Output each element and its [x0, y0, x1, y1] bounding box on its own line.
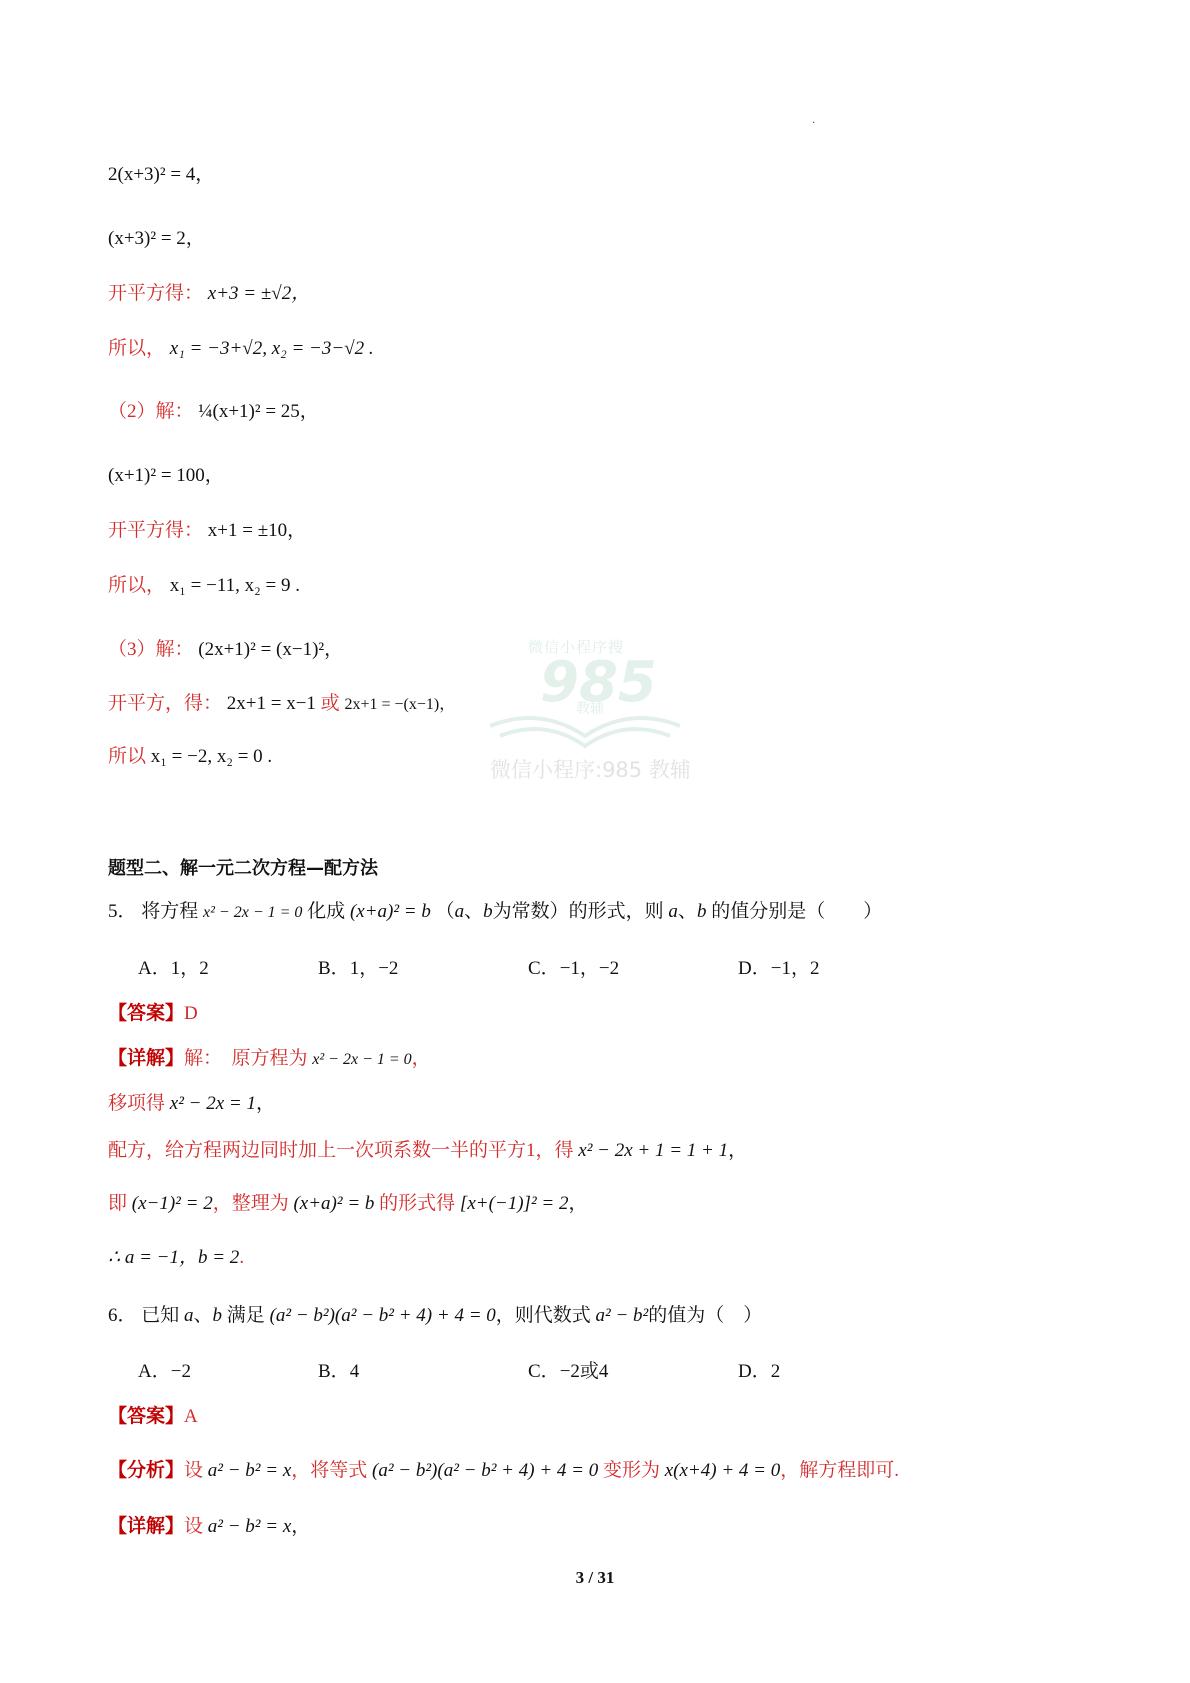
q5-answer: 【答案】D: [108, 1000, 198, 1028]
q6-analysis: 【分析】设 a² − b² = x，将等式 (a² − b²)(a² − b² …: [108, 1457, 899, 1485]
q6-detail: 【详解】设 a² − b² = x，: [108, 1513, 310, 1541]
part1-step4: 所以， x₁ = −3+√2, x₂ = −3−√2 .: [108, 335, 374, 363]
page-number: 3 / 31: [0, 1568, 1190, 1588]
part2-step4: 所以， x₁ = −11, x₂ = 9 .: [108, 572, 300, 600]
q5-detail-line3: 配方，给方程两边同时加上一次项系数一半的平方1，得 x² − 2x + 1 = …: [108, 1137, 747, 1165]
section-heading: 题型二、解一元二次方程—配方法: [108, 855, 378, 883]
q5-detail-line1: 【详解】解： 原方程为 x² − 2x − 1 = 0，: [108, 1045, 431, 1074]
q5-detail-line4: 即 (x−1)² = 2，整理为 (x+a)² = b 的形式得 [x+(−1)…: [108, 1190, 587, 1218]
q5-stem: 5． 将方程 x² − 2x − 1 = 0 化成 (x+a)² = b （a、…: [108, 898, 882, 927]
watermark-line3: 微信小程序:985 教辅: [490, 754, 691, 784]
part2-step3: 开平方得： x+1 = ±10，: [108, 517, 306, 545]
part1-step1: 2(x+3)² = 4，: [108, 161, 214, 189]
part1-step3: 开平方得： x+3 = ±√2，: [108, 280, 310, 308]
q5-detail-line2: 移项得 x² − 2x = 1，: [108, 1090, 275, 1118]
q6-option-c[interactable]: C．−2或4: [528, 1356, 608, 1383]
q5-option-b[interactable]: B．1，−2: [318, 953, 398, 980]
part2-step2: (x+1)² = 100，: [108, 462, 224, 490]
q6-stem: 6． 已知 a、b 满足 (a² − b²)(a² − b² + 4) + 4 …: [108, 1302, 762, 1330]
watermark-line1: 微信小程序搜: [528, 636, 624, 657]
stray-mark: ·: [812, 118, 815, 129]
q6-option-b[interactable]: B．4: [318, 1356, 359, 1383]
q6-answer: 【答案】A: [108, 1403, 198, 1431]
watermark: 微信小程序搜 985 教辅 微信小程序:985 教辅: [480, 636, 720, 796]
part3-step3: 所以 x₁ = −2, x₂ = 0 .: [108, 743, 272, 771]
q6-option-d[interactable]: D．2: [738, 1356, 780, 1383]
part1-step2: (x+3)² = 2，: [108, 225, 205, 253]
q5-option-a[interactable]: A．1，2: [138, 953, 209, 980]
q5-option-c[interactable]: C．−1，−2: [528, 953, 619, 980]
q5-option-d[interactable]: D．−1，2: [738, 953, 819, 980]
watermark-line2: 教辅: [576, 698, 604, 718]
part2-header: （2）解： ¼(x+1)² = 25，: [108, 398, 319, 426]
q6-option-a[interactable]: A．−2: [138, 1356, 191, 1383]
watermark-logo-number: 985: [540, 650, 657, 715]
part3-step2: 开平方，得： 2x+1 = x−1 或 2x+1 = −(x−1)，: [108, 690, 455, 719]
part3-header: （3）解： (2x+1)² = (x−1)²，: [108, 636, 343, 664]
q5-detail-line5: ∴ a = −1，b = 2.: [108, 1244, 244, 1272]
book-logo-icon: [480, 696, 690, 752]
